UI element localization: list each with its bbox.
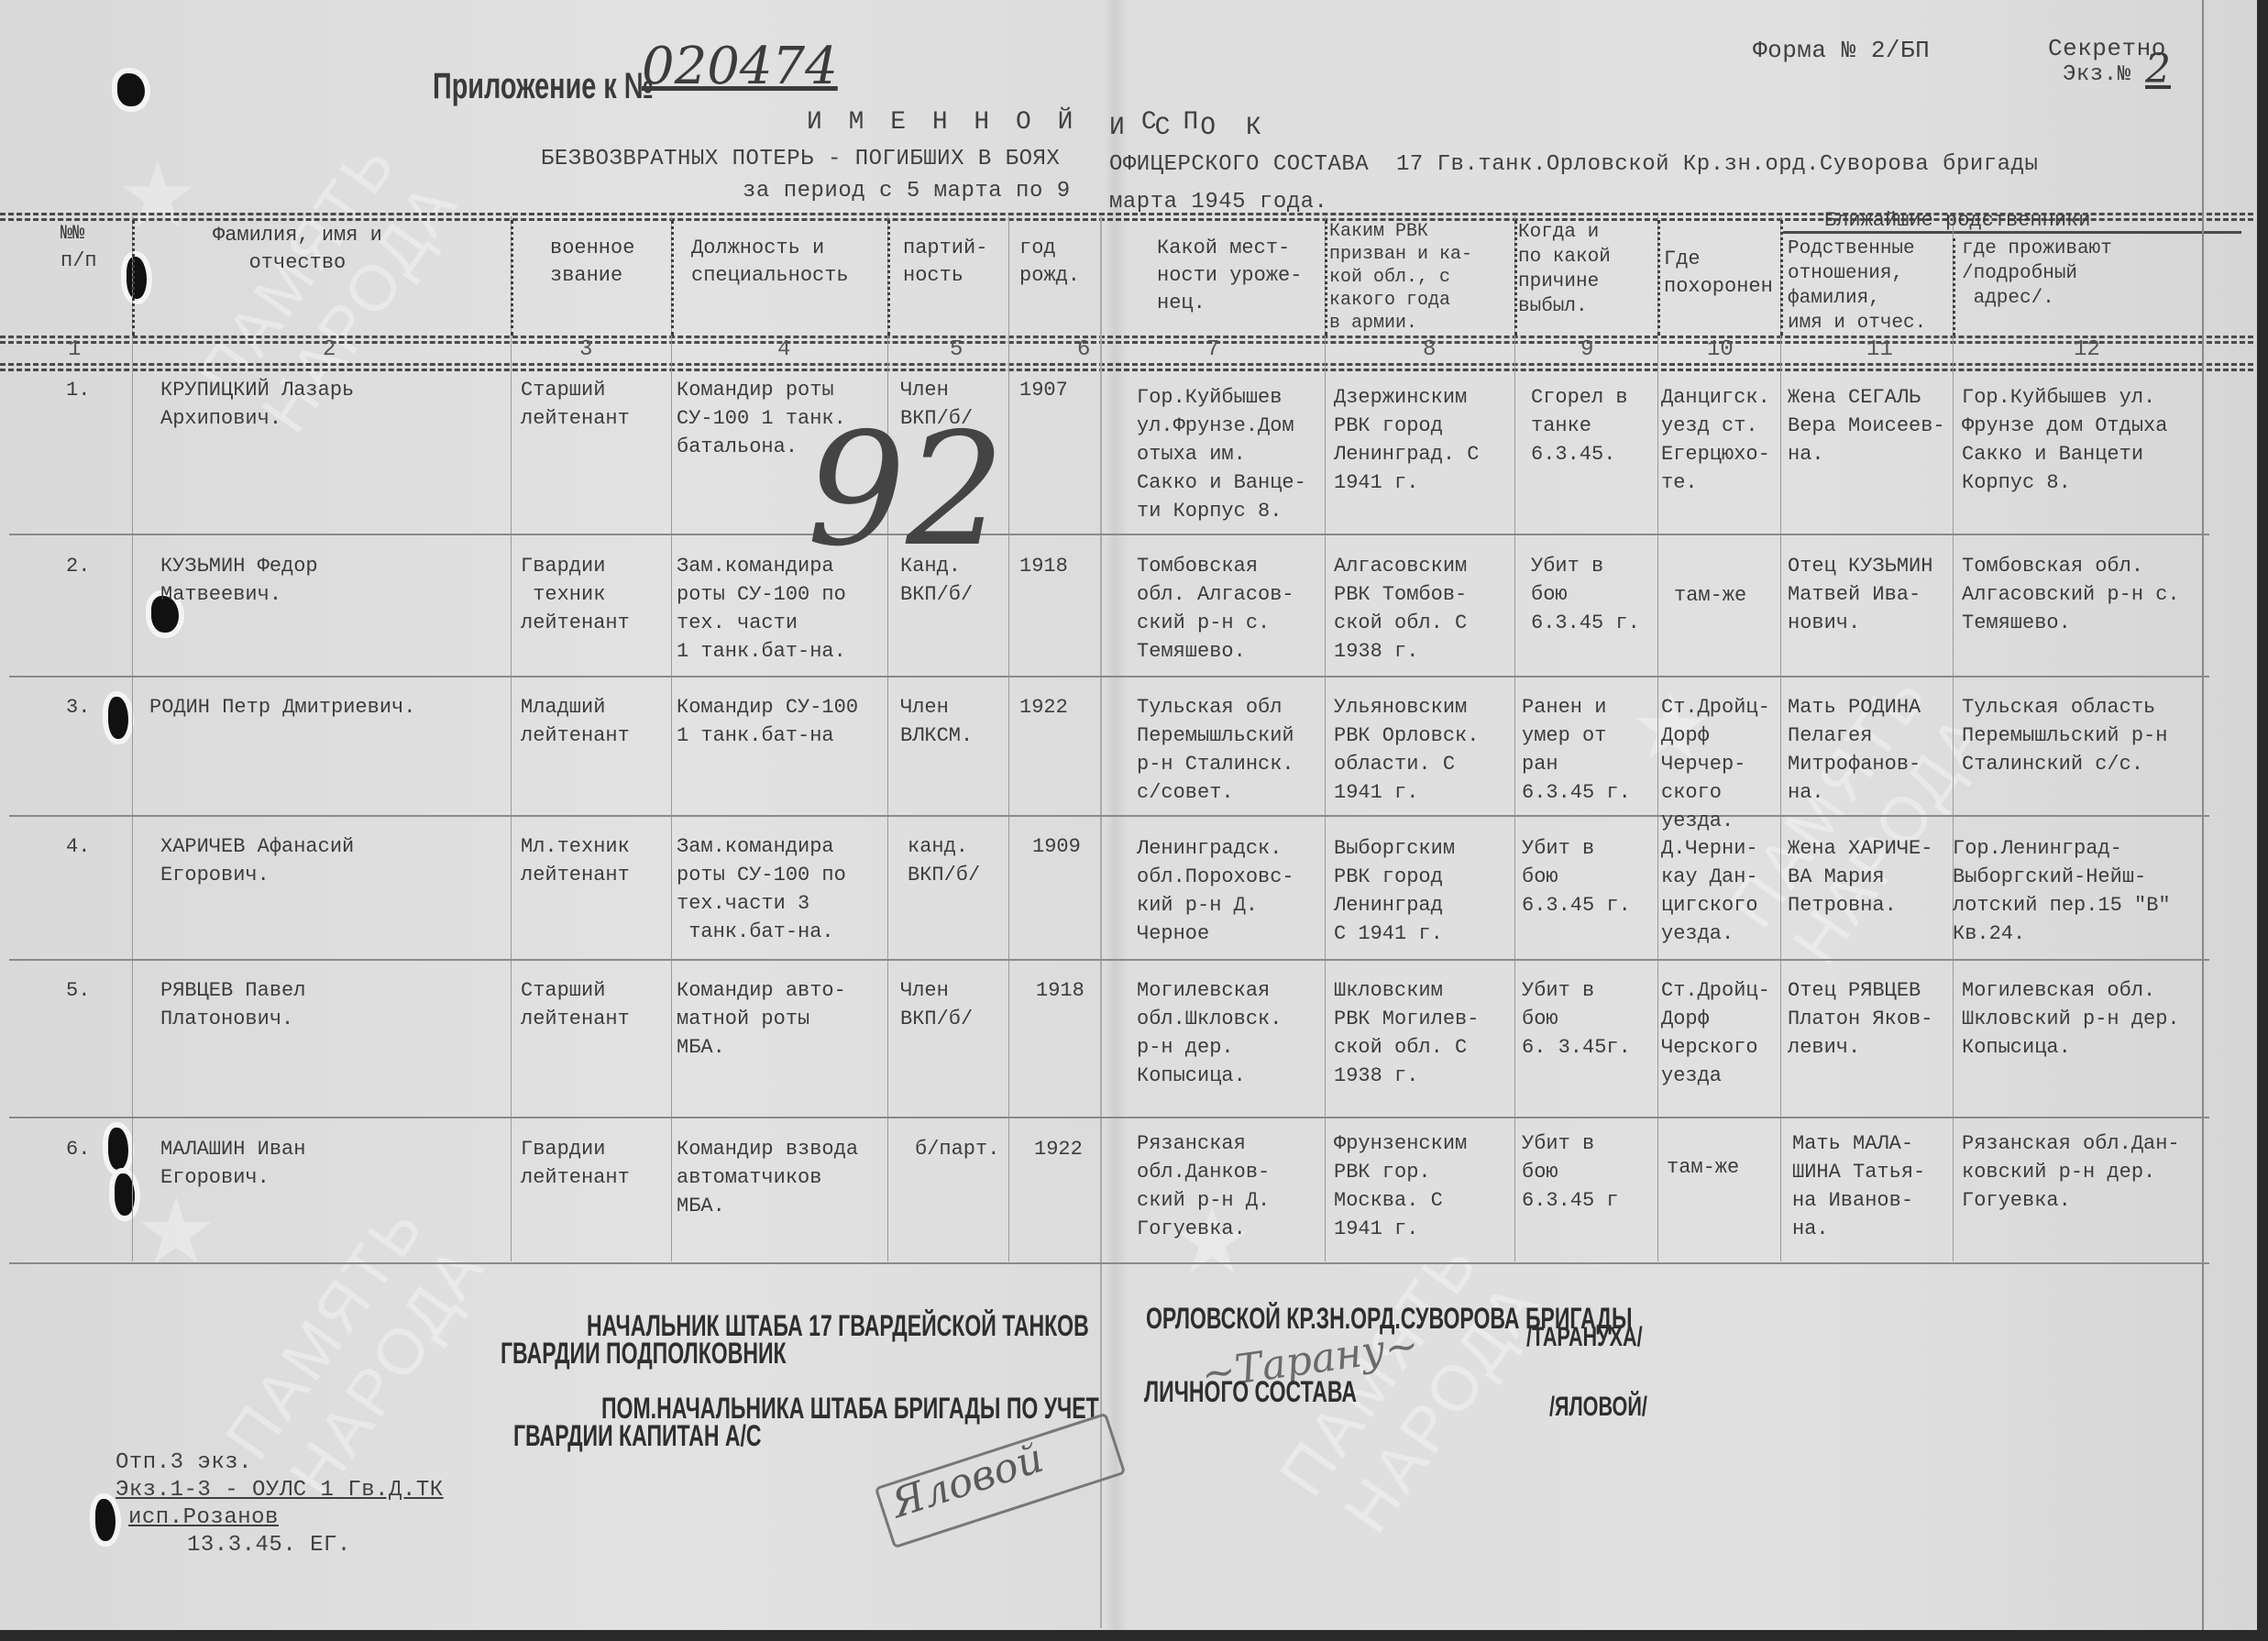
col-header-2: Фамилия, имя и отчество <box>213 222 382 277</box>
cell-number: 5. <box>66 976 90 1005</box>
cell-number: 6. <box>66 1135 90 1163</box>
cell-rvk: Дзержинским РВК город Ленинград. С 1941 … <box>1334 383 1479 497</box>
cell-buried: Ст.Дройц- Дорф Черчер- ского уезда. <box>1661 693 1770 835</box>
col-num-1: 1 <box>68 337 81 362</box>
chief-rank: ГВАРДИИ ПОДПОЛКОВНИК <box>501 1337 787 1371</box>
cell-rvk: Ульяновским РВК Орловск. области. С 1941… <box>1334 693 1479 807</box>
col-num-11: 11 <box>1866 337 1893 362</box>
title-line3-left: за период с 5 марта по 9 <box>743 177 1071 205</box>
row-separator <box>9 1262 2209 1264</box>
cell-address: Рязанская обл.Дан- ковский р-н дер. Гогу… <box>1962 1129 2180 1215</box>
col-header-5: партий- ность <box>903 235 987 290</box>
cell-name: КРУПИЦКИЙ Лазарь Архипович. <box>160 376 354 433</box>
colnum-rule <box>0 363 2253 366</box>
cell-when-why: Убит в бою 6.3.45 г. <box>1522 834 1631 920</box>
form-number: Форма № 2/БП <box>1753 37 1930 65</box>
col-divider <box>671 216 672 1261</box>
col-num-2: 2 <box>323 337 336 362</box>
col-divider <box>511 216 512 1261</box>
title-line2-right: ОФИЦЕРСКОГО СОСТАВА 17 Гв.танк.Орловской… <box>1109 150 2038 179</box>
cell-buried: Ст.Дройц- Дорф Черского уезда <box>1661 976 1770 1090</box>
punch-hole <box>108 697 128 739</box>
assistant-title-right: ЛИЧНОГО СОСТАВА <box>1144 1375 1357 1409</box>
cell-born: 1922 <box>1019 693 1068 721</box>
hdr-divider <box>887 220 890 336</box>
colnum-rule-2 <box>0 369 2253 371</box>
cell-rank: Старший лейтенант <box>521 976 630 1033</box>
cell-relative: Жена ХАРИЧЕ- ВА Мария Петровна. <box>1788 834 1932 920</box>
cell-party: Член ВЛКСМ. <box>900 693 973 750</box>
distribution-line3: исп.Розанов <box>128 1503 279 1532</box>
cell-number: 4. <box>66 832 90 861</box>
cell-position: Командир авто- матной роты МБА. <box>677 976 846 1062</box>
cell-name: РОДИН Петр Дмитриевич. <box>149 693 415 721</box>
distribution-line2: Экз.1-3 - ОУЛС 1 Гв.Д.ТК <box>116 1476 444 1504</box>
hdr-divider <box>1657 220 1660 336</box>
handwritten-sheet-number: 92 <box>807 413 1005 568</box>
cell-name: КУЗЬМИН Федор Матвеевич. <box>160 552 318 609</box>
cell-position: Зам.командира роты СУ-100 по тех.части 3… <box>677 832 846 946</box>
title-line2-left: БЕЗВОЗВРАТНЫХ ПОТЕРЬ - ПОГИБШИХ В БОЯХ <box>541 145 1060 173</box>
cell-party: Канд. ВКП/б/ <box>900 552 973 609</box>
cell-relative: Отец КУЗЬМИН Матвей Ива- нович. <box>1788 552 1932 637</box>
hdr-divider <box>132 220 135 336</box>
assistant-rank: ГВАРДИИ КАПИТАН А/С <box>513 1419 762 1453</box>
row-separator <box>9 1117 2209 1118</box>
cell-number: 1. <box>66 376 90 404</box>
col-header-7: Какой мест- ности уроже- нец. <box>1157 235 1302 317</box>
cell-number: 2. <box>66 552 90 580</box>
cell-birthplace: Гор.Куйбышев ул.Фрунзе.Дом отыха им. Сак… <box>1137 383 1306 525</box>
appendix-label: Приложение к № <box>433 66 654 107</box>
col-header-4: Должность и специальность <box>691 235 849 290</box>
cell-rank: Младший лейтенант <box>521 693 630 750</box>
cell-birthplace: Ленинградск. обл.Пороховс- кий р-н Д. Че… <box>1137 834 1294 948</box>
row-separator <box>9 534 2209 535</box>
col-header-8: Каким РВК призван и ка- кой обл., с како… <box>1329 220 1472 335</box>
cell-rvk: Шкловским РВК Могилев- ской обл. С 1938 … <box>1334 976 1479 1090</box>
hdr-divider <box>1325 220 1327 336</box>
header-rule-bottom-2 <box>0 341 2253 344</box>
punch-hole <box>108 1128 128 1170</box>
punch-hole <box>95 1499 116 1541</box>
col-divider <box>132 216 133 1261</box>
hdr-divider <box>1780 220 1783 336</box>
assistant-name: /ЯЛОВОЙ/ <box>1549 1392 1647 1423</box>
col-header-3: военное звание <box>550 235 634 290</box>
cell-rank: Гвардии техник лейтенант <box>521 552 630 637</box>
hdr-divider <box>1514 220 1517 336</box>
cell-rvk: Алгасовским РВК Томбов- ской обл. С 1938… <box>1334 552 1467 666</box>
punch-hole <box>127 257 147 299</box>
cell-birthplace: Томбовская обл. Алгасов- ский р-н с. Тем… <box>1137 552 1294 666</box>
col-divider <box>1325 216 1326 1261</box>
col-num-6: 6 <box>1077 337 1090 362</box>
col-num-10: 10 <box>1707 337 1734 362</box>
cell-born: 1907 <box>1019 376 1068 404</box>
col-divider <box>887 216 888 1261</box>
col-num-7: 7 <box>1206 337 1219 362</box>
cell-buried: там-же <box>1667 1153 1739 1182</box>
copy-label: Экз.№ <box>2063 61 2131 89</box>
cell-birthplace: Могилевская обл.Шкловск. р-н дер. Копыси… <box>1137 976 1282 1090</box>
col-divider <box>1008 216 1009 1261</box>
col-divider <box>1657 216 1658 1261</box>
hdr-divider <box>511 220 513 336</box>
cell-born: 1918 <box>1036 976 1084 1005</box>
appendix-number: 020474 <box>642 37 838 96</box>
cell-rank: Старший лейтенант <box>521 376 630 433</box>
col-num-4: 4 <box>777 337 790 362</box>
cell-party: канд. ВКП/б/ <box>908 832 980 889</box>
cell-relative: Мать МАЛА- ШИНА Татья- на Иванов- на. <box>1792 1129 1925 1243</box>
col-divider <box>1780 216 1781 1261</box>
col-header-11: Родственные отношения, фамилия, имя и от… <box>1788 237 1926 336</box>
cell-name: ХАРИЧЕВ Афанасий Егорович. <box>160 832 354 889</box>
document-sheet: ★ ПАМЯТЬ НАРОДА ★ ПАМЯТЬ НАРОДА ★ ПАМЯТЬ… <box>0 0 2257 1630</box>
distribution-line1: Отп.3 экз. <box>116 1448 252 1477</box>
cell-relative: Мать РОДИНА Пелагея Митрофанов- на. <box>1788 693 1921 807</box>
cell-number: 3. <box>66 693 90 721</box>
cell-when-why: Убит в бою 6.3.45 г. <box>1531 552 1640 637</box>
cell-rank: Мл.техник лейтенант <box>521 832 630 889</box>
punch-hole <box>117 73 145 106</box>
cell-address: Тульская область Перемышльский р-н Стали… <box>1962 693 2167 778</box>
title-line1-right: И С О К <box>1109 114 1269 142</box>
cell-address: Могилевская обл. Шкловский р-н дер. Копы… <box>1962 976 2180 1062</box>
cell-rank: Гвардии лейтенант <box>521 1135 630 1192</box>
col-num-5: 5 <box>950 337 963 362</box>
cell-position: Командир СУ-100 1 танк.бат-на <box>677 693 858 750</box>
row-separator <box>9 959 2209 961</box>
cell-rvk: Выборгским РВК город Ленинград С 1941 г. <box>1334 834 1455 948</box>
cell-when-why: Убит в бою 6.3.45 г <box>1522 1129 1619 1215</box>
distribution-line4: 13.3.45. ЕГ. <box>187 1531 351 1559</box>
col-divider <box>1514 216 1515 1261</box>
col-header-12: где проживают /подробный адрес/. <box>1962 237 2112 311</box>
cell-name: РЯВЦЕВ Павел Платонович. <box>160 976 305 1033</box>
col-header-10: Где похоронен <box>1664 246 1773 301</box>
col-header-1: №№ п/п <box>61 220 97 275</box>
cell-birthplace: Рязанская обл.Данков- ский р-н Д. Гогуев… <box>1137 1129 1270 1243</box>
chief-name: /ТАРАНУХА/ <box>1526 1322 1643 1353</box>
header-rule-bottom <box>0 336 2253 338</box>
cell-relative: Жена СЕГАЛЬ Вера Моисеев- на. <box>1788 383 1945 468</box>
cell-address: Томбовская обл. Алгасовский р-н с. Темяш… <box>1962 552 2180 637</box>
row-separator <box>9 676 2209 677</box>
cell-when-why: Убит в бою 6. 3.45г. <box>1522 976 1631 1062</box>
cell-born: 1918 <box>1019 552 1068 580</box>
cell-relative: Отец РЯВЦЕВ Платон Яков- левич. <box>1788 976 1932 1062</box>
hdr-divider <box>1953 238 1955 336</box>
hdr-divider <box>671 220 674 336</box>
cell-name: МАЛАШИН Иван Егорович. <box>160 1135 305 1192</box>
cell-position: Командир взвода автоматчиков МБА. <box>677 1135 858 1220</box>
col-num-12: 12 <box>2074 337 2100 362</box>
cell-position: Зам.командира роты СУ-100 по тех. части … <box>677 552 846 666</box>
cell-party: Член ВКП/б/ <box>900 976 973 1033</box>
cell-born: 1909 <box>1032 832 1081 861</box>
cell-buried: Данцигск. уезд ст. Егерцюхо- те. <box>1661 383 1770 497</box>
col-header-6: год рожд. <box>1019 235 1080 290</box>
cell-buried: там-же <box>1674 581 1746 610</box>
cell-when-why: Ранен и умер от ран 6.3.45 г. <box>1522 693 1631 807</box>
col-num-3: 3 <box>579 337 592 362</box>
cell-buried: Д.Черни- кау Дан- цигского уезда. <box>1661 834 1758 948</box>
col-num-9: 9 <box>1580 337 1593 362</box>
cell-address: Гор.Куйбышев ул. Фрунзе дом Отдыха Сакко… <box>1962 383 2167 497</box>
cell-when-why: Сгорел в танке 6.3.45. <box>1531 383 1628 468</box>
col-divider <box>1953 216 1954 1261</box>
cell-rvk: Фрунзенским РВК гор. Москва. С 1941 г. <box>1334 1129 1467 1243</box>
cell-address: Гор.Ленинград- Выборгский-Нейш- лотский … <box>1953 834 2171 948</box>
relatives-group-header: Ближайшие родственники <box>1824 207 2090 235</box>
col-num-8: 8 <box>1423 337 1436 362</box>
row-separator <box>9 815 2209 817</box>
cell-birthplace: Тульская обл Перемышльский р-н Сталинск.… <box>1137 693 1294 807</box>
copy-number: 2 <box>2145 46 2171 93</box>
cell-born: 1922 <box>1034 1135 1083 1163</box>
col-header-9: Когда и по какой причине выбыл. <box>1518 220 1611 319</box>
watermark-star-icon: ★ <box>119 110 196 268</box>
cell-party: б/парт. <box>915 1135 999 1163</box>
